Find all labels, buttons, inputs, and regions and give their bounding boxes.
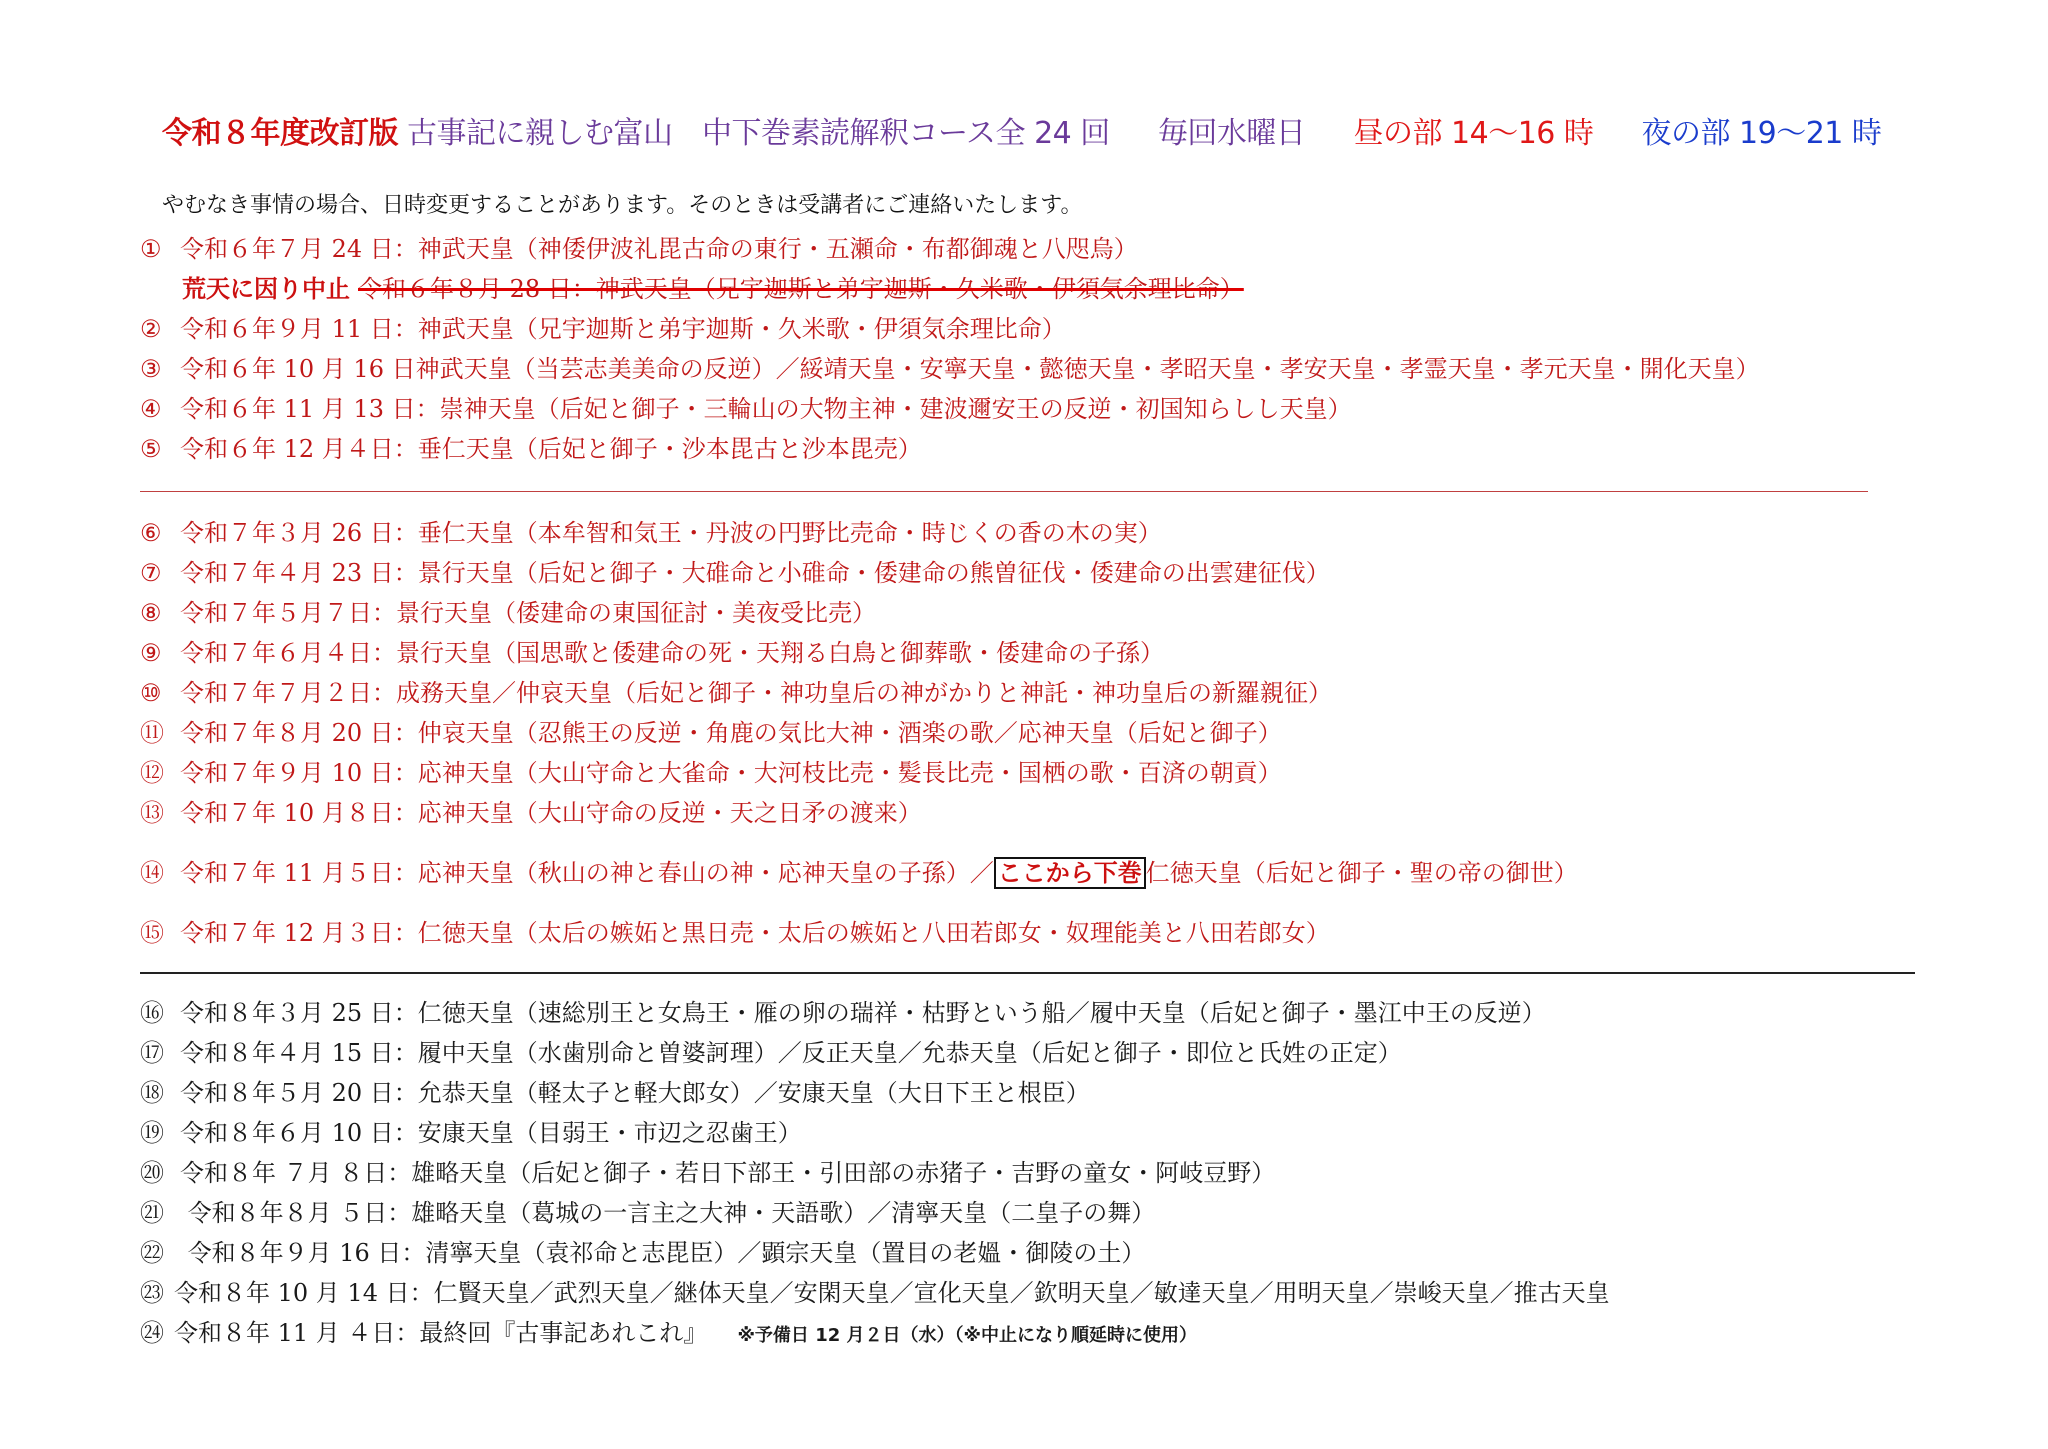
schedule-change-notice: やむなき事情の場合、日時変更することがあります。そのときは受講者にご連絡いたしま… <box>162 188 1082 219</box>
session-number: ④ <box>140 394 180 424</box>
session-text: 令和６年 10 月 16 日神武天皇（当芸志美美命の反逆）／綏靖天皇・安寧天皇・… <box>180 355 1760 383</box>
meeting-day: 毎回水曜日 <box>1158 116 1306 151</box>
session-row: ㉒ 令和８年９月 16 日：清寧天皇（袁祁命と志毘臣）／顕宗天皇（置目の老媼・御… <box>140 1238 1145 1268</box>
session-row: ⑭令和７年 11 月５日：応神天皇（秋山の神と春山の神・応神天皇の子孫）／ここか… <box>140 858 1578 888</box>
session-row: ⑨令和７年６月４日：景行天皇（国思歌と倭建命の死・天翔る白鳥と御葬歌・倭建命の子… <box>140 638 1164 668</box>
session-number: ⑬ <box>140 798 180 828</box>
session-text: 令和７年４月 23 日：景行天皇（后妃と御子・大碓命と小碓命・倭建命の熊曽征伐・… <box>180 559 1330 587</box>
session-row: ⑰令和８年４月 15 日：履中天皇（水歯別命と曽婆訶理）／反正天皇／允恭天皇（后… <box>140 1038 1402 1068</box>
session-text: 令和７年 12 月３日：仁徳天皇（太后の嫉妬と黒日売・太后の嫉妬と八田若郎女・奴… <box>180 919 1330 947</box>
session-row: ⑯令和８年３月 25 日：仁徳天皇（速総別王と女鳥王・雁の卵の瑞祥・枯野という船… <box>140 998 1546 1028</box>
lower-volume-start-badge: ここから下巻 <box>994 857 1146 889</box>
session-row: ⑳令和８年 ７月 ８日：雄略天皇（后妃と御子・若日下部王・引田部の赤猪子・吉野の… <box>140 1158 1275 1188</box>
session-row: ⑪令和７年８月 20 日：仲哀天皇（忍熊王の反逆・角鹿の気比大神・酒楽の歌／応神… <box>140 718 1282 748</box>
course-name: 古事記に親しむ富山 中下巻素読解釈コース全 24 回 <box>407 116 1110 151</box>
session-number: ㉓ <box>140 1278 174 1308</box>
session-number: ② <box>140 314 180 344</box>
session-number: ⑦ <box>140 558 180 588</box>
section-divider <box>140 972 1915 974</box>
session-number: ⑫ <box>140 758 180 788</box>
session-number: ⑳ <box>140 1158 180 1188</box>
session-row: ⑦令和７年４月 23 日：景行天皇（后妃と御子・大碓命と小碓命・倭建命の熊曽征伐… <box>140 558 1330 588</box>
cancelled-session-row: 荒天に因り中止令和６年８月 28 日：神武天皇（兄宇迦斯と弟宇迦斯・久米歌・伊須… <box>182 274 1244 304</box>
session-text: 令和７年５月７日：景行天皇（倭建命の東国征討・美夜受比売） <box>180 599 876 627</box>
session-number: ⑰ <box>140 1038 180 1068</box>
session-text: 令和６年９月 11 日：神武天皇（兄宇迦斯と弟宇迦斯・久米歌・伊須気余理比命） <box>180 315 1066 343</box>
session-row: ⑬令和７年 10 月８日：応神天皇（大山守命の反逆・天之日矛の渡来） <box>140 798 922 828</box>
session-text: 令和６年 12 月４日：垂仁天皇（后妃と御子・沙本毘古と沙本毘売） <box>180 435 922 463</box>
session-text: 令和７年９月 10 日：応神天皇（大山守命と大雀命・大河枝比売・髪長比売・国栖の… <box>180 759 1282 787</box>
session-number: ⑥ <box>140 518 180 548</box>
session-number: ⑩ <box>140 678 180 708</box>
session-row: ⑧令和７年５月７日：景行天皇（倭建命の東国征討・美夜受比売） <box>140 598 876 628</box>
session-row: ㉔令和８年 11 月 ４日：最終回『古事記あれこれ』※予備日 12 月２日（水）… <box>140 1318 1197 1351</box>
section-divider <box>140 491 1868 492</box>
session-text: 令和８年５月 20 日：允恭天皇（軽太子と軽大郎女）／安康天皇（大日下王と根臣） <box>180 1079 1090 1107</box>
session-row: ⑩令和７年７月２日：成務天皇／仲哀天皇（后妃と御子・神功皇后の神がかりと神託・神… <box>140 678 1332 708</box>
session-text: 令和８年 ７月 ８日：雄略天皇（后妃と御子・若日下部王・引田部の赤猪子・吉野の童… <box>180 1159 1275 1187</box>
reserve-day-note: ※予備日 12 月２日（水）（※中止になり順延時に使用） <box>737 1325 1197 1346</box>
session-number: ㉔ <box>140 1318 174 1348</box>
cancelled-session-text: 令和６年８月 28 日：神武天皇（兄宇迦斯と弟宇迦斯・久米歌・伊須気余理比命） <box>358 275 1244 303</box>
session-text: 令和７年 11 月５日：応神天皇（秋山の神と春山の神・応神天皇の子孫）／ <box>180 859 994 887</box>
session-row: ⑤令和６年 12 月４日：垂仁天皇（后妃と御子・沙本毘古と沙本毘売） <box>140 434 922 464</box>
session-number: ⑭ <box>140 858 180 888</box>
session-number: ③ <box>140 354 180 384</box>
day-session-time: 昼の部 14〜16 時 <box>1353 116 1593 151</box>
session-number: ⑯ <box>140 998 180 1028</box>
session-text: 令和８年３月 25 日：仁徳天皇（速総別王と女鳥王・雁の卵の瑞祥・枯野という船／… <box>180 999 1546 1027</box>
session-text: 令和８年４月 15 日：履中天皇（水歯別命と曽婆訶理）／反正天皇／允恭天皇（后妃… <box>180 1039 1402 1067</box>
session-row: ②令和６年９月 11 日：神武天皇（兄宇迦斯と弟宇迦斯・久米歌・伊須気余理比命） <box>140 314 1066 344</box>
session-text: 仁徳天皇（后妃と御子・聖の帝の御世） <box>1146 859 1578 887</box>
session-number: ⑱ <box>140 1078 180 1108</box>
session-row: ㉓令和８年 10 月 14 日：仁賢天皇／武烈天皇／継体天皇／安閑天皇／宣化天皇… <box>140 1278 1610 1308</box>
session-number: ⑲ <box>140 1118 180 1148</box>
session-number: ⑤ <box>140 434 180 464</box>
session-text: 令和８年 11 月 ４日：最終回『古事記あれこれ』 <box>174 1319 707 1347</box>
session-row: ㉑ 令和８年８月 ５日：雄略天皇（葛城の一言主之大神・天語歌）／清寧天皇（二皇子… <box>140 1198 1155 1228</box>
session-number: ① <box>140 234 180 264</box>
session-text: 令和８年８月 ５日：雄略天皇（葛城の一言主之大神・天語歌）／清寧天皇（二皇子の舞… <box>180 1199 1155 1227</box>
edition-label: 令和８年度改訂版 <box>162 116 398 151</box>
session-row: ⑮令和７年 12 月３日：仁徳天皇（太后の嫉妬と黒日売・太后の嫉妬と八田若郎女・… <box>140 918 1330 948</box>
session-row: ⑲令和８年６月 10 日：安康天皇（目弱王・市辺之忍歯王） <box>140 1118 802 1148</box>
session-row: ④令和６年 11 月 13 日：崇神天皇（后妃と御子・三輪山の大物主神・建波邇安… <box>140 394 1352 424</box>
session-text: 令和８年６月 10 日：安康天皇（目弱王・市辺之忍歯王） <box>180 1119 802 1147</box>
session-number: ⑨ <box>140 638 180 668</box>
session-text: 令和８年 10 月 14 日：仁賢天皇／武烈天皇／継体天皇／安閑天皇／宣化天皇／… <box>174 1279 1610 1307</box>
session-text: 令和６年７月 24 日：神武天皇（神倭伊波礼毘古命の東行・五瀬命・布都御魂と八咫… <box>180 235 1138 263</box>
session-number: ⑪ <box>140 718 180 748</box>
session-row: ⑱令和８年５月 20 日：允恭天皇（軽太子と軽大郎女）／安康天皇（大日下王と根臣… <box>140 1078 1090 1108</box>
session-number: ⑧ <box>140 598 180 628</box>
schedule-document: 令和８年度改訂版 古事記に親しむ富山 中下巻素読解釈コース全 24 回 毎回水曜… <box>0 0 2048 1449</box>
session-text: 令和８年９月 16 日：清寧天皇（袁祁命と志毘臣）／顕宗天皇（置目の老媼・御陵の… <box>180 1239 1145 1267</box>
session-row: ⑥令和７年３月 26 日：垂仁天皇（本牟智和気王・丹波の円野比売命・時じくの香の… <box>140 518 1162 548</box>
cancelled-label: 荒天に因り中止 <box>182 275 350 303</box>
session-text: 令和７年６月４日：景行天皇（国思歌と倭建命の死・天翔る白鳥と御葬歌・倭建命の子孫… <box>180 639 1164 667</box>
page-title: 令和８年度改訂版 古事記に親しむ富山 中下巻素読解釈コース全 24 回 毎回水曜… <box>162 108 1881 152</box>
session-number: ㉒ <box>140 1238 180 1268</box>
session-row: ①令和６年７月 24 日：神武天皇（神倭伊波礼毘古命の東行・五瀬命・布都御魂と八… <box>140 234 1138 264</box>
session-text: 令和７年 10 月８日：応神天皇（大山守命の反逆・天之日矛の渡来） <box>180 799 922 827</box>
session-row: ③令和６年 10 月 16 日神武天皇（当芸志美美命の反逆）／綏靖天皇・安寧天皇… <box>140 354 1760 384</box>
session-text: 令和７年３月 26 日：垂仁天皇（本牟智和気王・丹波の円野比売命・時じくの香の木… <box>180 519 1162 547</box>
session-row: ⑫令和７年９月 10 日：応神天皇（大山守命と大雀命・大河枝比売・髪長比売・国栖… <box>140 758 1282 788</box>
session-number: ㉑ <box>140 1198 180 1228</box>
night-session-time: 夜の部 19〜21 時 <box>1642 116 1882 151</box>
session-text: 令和６年 11 月 13 日：崇神天皇（后妃と御子・三輪山の大物主神・建波邇安王… <box>180 395 1352 423</box>
session-number: ⑮ <box>140 918 180 948</box>
session-text: 令和７年８月 20 日：仲哀天皇（忍熊王の反逆・角鹿の気比大神・酒楽の歌／応神天… <box>180 719 1282 747</box>
session-text: 令和７年７月２日：成務天皇／仲哀天皇（后妃と御子・神功皇后の神がかりと神託・神功… <box>180 679 1332 707</box>
